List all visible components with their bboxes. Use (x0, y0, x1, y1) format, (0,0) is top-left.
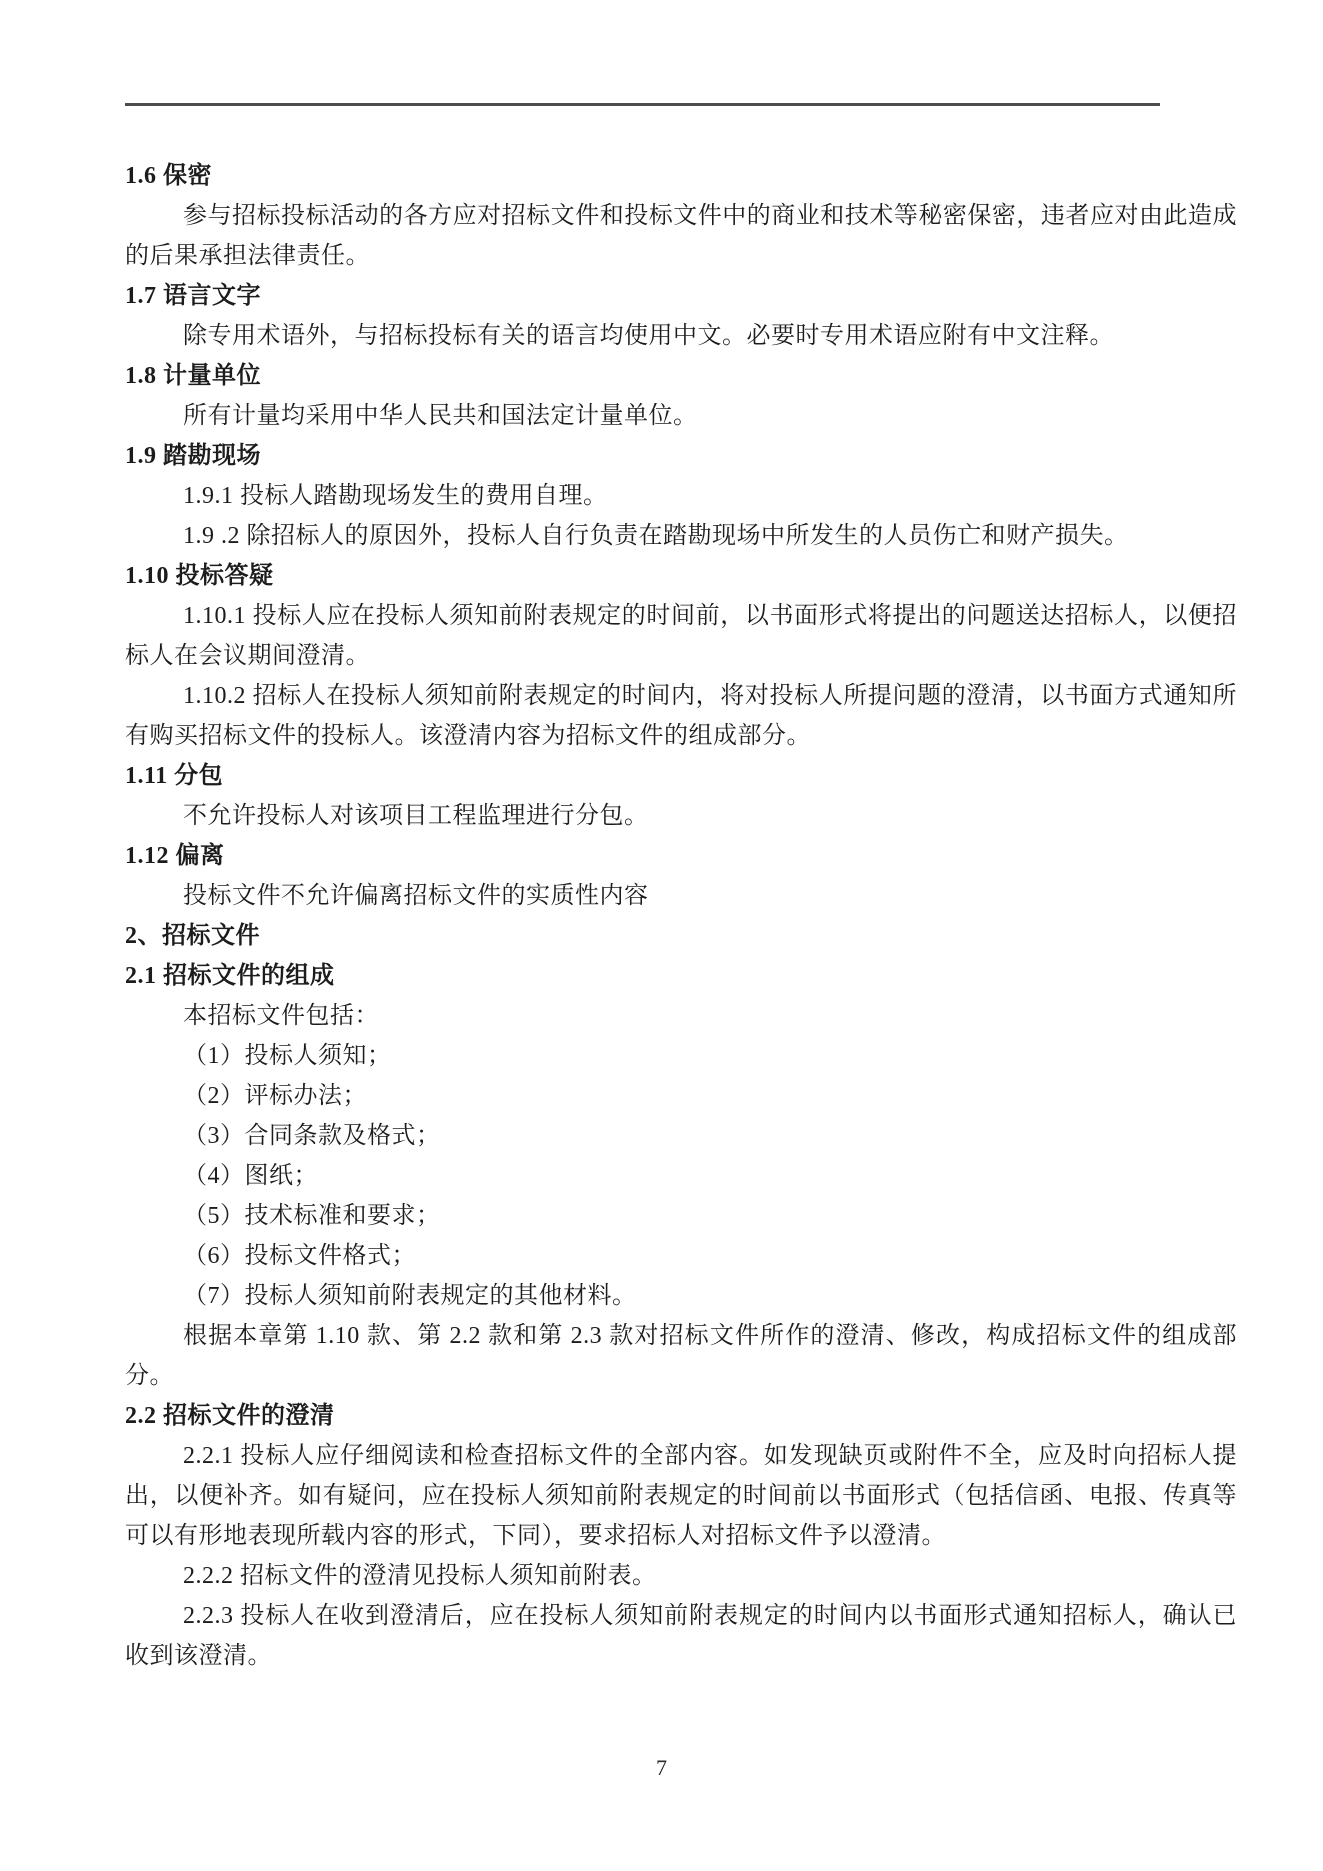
section-heading: 1.11 分包 (125, 756, 1237, 796)
paragraph: 1.10.2 招标人在投标人须知前附表规定的时间内，将对投标人所提问题的澄清，以… (125, 676, 1237, 756)
list-item: （4）图纸； (125, 1156, 1237, 1196)
section-heading: 2.2 招标文件的澄清 (125, 1396, 1237, 1436)
paragraph: 2.2.1 投标人应仔细阅读和检查招标文件的全部内容。如发现缺页或附件不全，应及… (125, 1436, 1237, 1556)
paragraph: 1.9 .2 除招标人的原因外，投标人自行负责在踏勘现场中所发生的人员伤亡和财产… (125, 516, 1237, 556)
list-item: （2）评标办法； (125, 1076, 1237, 1116)
section-heading: 1.7 语言文字 (125, 276, 1237, 316)
paragraph: 投标文件不允许偏离招标文件的实质性内容 (125, 876, 1237, 916)
section-heading: 1.8 计量单位 (125, 356, 1237, 396)
section-heading: 1.6 保密 (125, 156, 1237, 196)
section-heading: 1.9 踏勘现场 (125, 436, 1237, 476)
paragraph: 不允许投标人对该项目工程监理进行分包。 (125, 796, 1237, 836)
paragraph: 2.2.2 招标文件的澄清见投标人须知前附表。 (125, 1556, 1237, 1596)
section-heading: 1.10 投标答疑 (125, 556, 1237, 596)
list-item: （5）技术标准和要求； (125, 1196, 1237, 1236)
paragraph: 参与招标投标活动的各方应对招标文件和投标文件中的商业和技术等秘密保密，违者应对由… (125, 196, 1237, 276)
paragraph: 2.2.3 投标人在收到澄清后，应在投标人须知前附表规定的时间内以书面形式通知招… (125, 1596, 1237, 1676)
list-item: （3）合同条款及格式； (125, 1116, 1237, 1156)
paragraph: 1.9.1 投标人踏勘现场发生的费用自理。 (125, 476, 1237, 516)
document-page: 1.6 保密参与招标投标活动的各方应对招标文件和投标文件中的商业和技术等秘密保密… (0, 0, 1323, 1871)
header-rule (125, 103, 1160, 106)
page-footer: 7 (0, 1748, 1323, 1788)
paragraph: 所有计量均采用中华人民共和国法定计量单位。 (125, 396, 1237, 436)
section-heading: 2、招标文件 (125, 916, 1237, 956)
list-item: （1）投标人须知； (125, 1036, 1237, 1076)
list-item: （7）投标人须知前附表规定的其他材料。 (125, 1276, 1237, 1316)
paragraph: 本招标文件包括： (125, 996, 1237, 1036)
page-number: 7 (656, 1755, 667, 1780)
list-item: （6）投标文件格式； (125, 1236, 1237, 1276)
paragraph: 除专用术语外，与招标投标有关的语言均使用中文。必要时专用术语应附有中文注释。 (125, 316, 1237, 356)
paragraph: 1.10.1 投标人应在投标人须知前附表规定的时间前，以书面形式将提出的问题送达… (125, 596, 1237, 676)
section-heading: 2.1 招标文件的组成 (125, 956, 1237, 996)
document-body: 1.6 保密参与招标投标活动的各方应对招标文件和投标文件中的商业和技术等秘密保密… (125, 156, 1237, 1676)
paragraph: 根据本章第 1.10 款、第 2.2 款和第 2.3 款对招标文件所作的澄清、修… (125, 1316, 1237, 1396)
section-heading: 1.12 偏离 (125, 836, 1237, 876)
